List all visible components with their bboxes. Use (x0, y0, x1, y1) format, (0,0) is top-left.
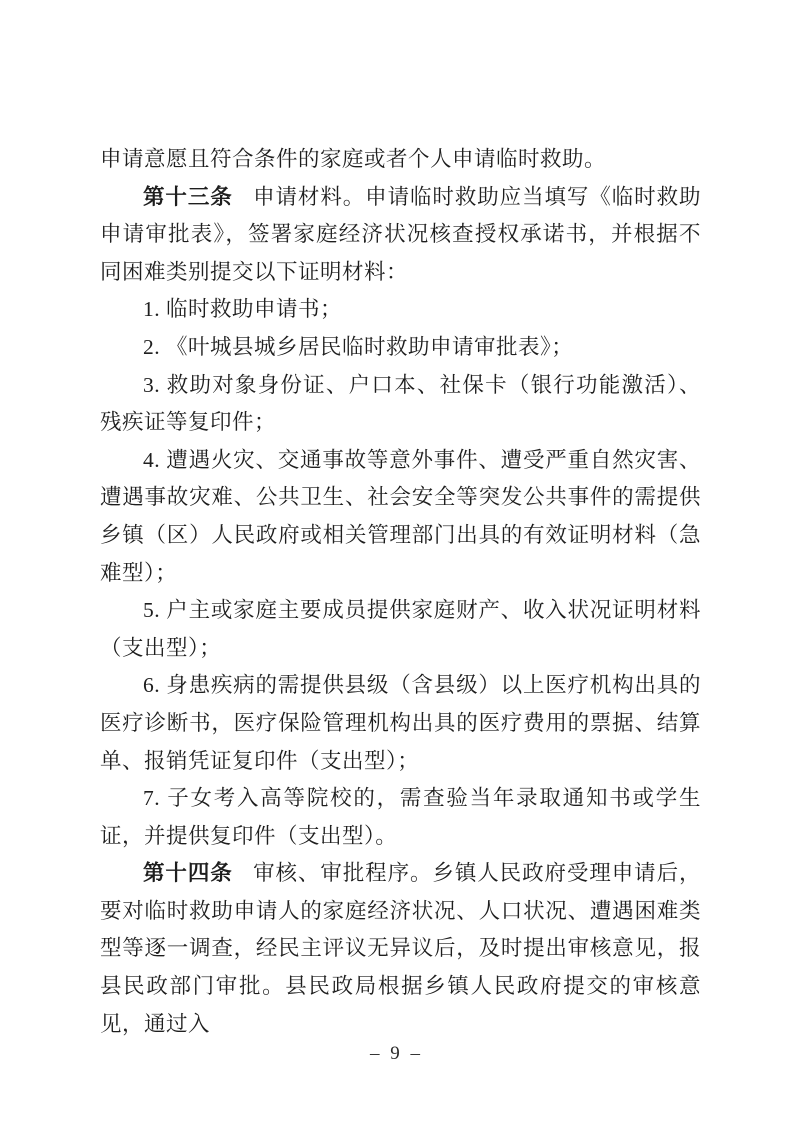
article-number: 第十三条 (143, 185, 233, 209)
document-page: 申请意愿且符合条件的家庭或者个人申请临时救助。第十三条申请材料。申请临时救助应当… (0, 0, 793, 1122)
list-item-paragraph: 4. 遭遇火灾、交通事故等意外事件、遭受严重自然灾害、遭遇事故灾难、公共卫生、社… (100, 442, 701, 592)
document-body: 申请意愿且符合条件的家庭或者个人申请临时救助。第十三条申请材料。申请临时救助应当… (100, 141, 701, 1043)
body-paragraph: 申请意愿且符合条件的家庭或者个人申请临时救助。 (100, 141, 701, 179)
list-item-paragraph: 7. 子女考入高等院校的，需查验当年录取通知书或学生证，并提供复印件（支出型）。 (100, 780, 701, 855)
list-item-paragraph: 2. 《叶城县城乡居民临时救助申请审批表》； (100, 329, 701, 367)
list-item-paragraph: 5. 户主或家庭主要成员提供家庭财产、收入状况证明材料（支出型）； (100, 592, 701, 667)
article-number: 第十四条 (143, 861, 233, 885)
page-number: – 9 – (370, 1043, 423, 1064)
page-footer: – 9 – (0, 1042, 793, 1066)
list-item-paragraph: 1. 临时救助申请书； (100, 291, 701, 329)
list-item-paragraph: 3. 救助对象身份证、户口本、社保卡（银行功能激活）、残疾证等复印件； (100, 367, 701, 442)
article-paragraph: 第十四条审核、审批程序。乡镇人民政府受理申请后，要对临时救助申请人的家庭经济状况… (100, 855, 701, 1043)
list-item-paragraph: 6. 身患疾病的需提供县级（含县级）以上医疗机构出具的医疗诊断书，医疗保险管理机… (100, 667, 701, 780)
article-paragraph: 第十三条申请材料。申请临时救助应当填写《临时救助申请审批表》，签署家庭经济状况核… (100, 179, 701, 292)
